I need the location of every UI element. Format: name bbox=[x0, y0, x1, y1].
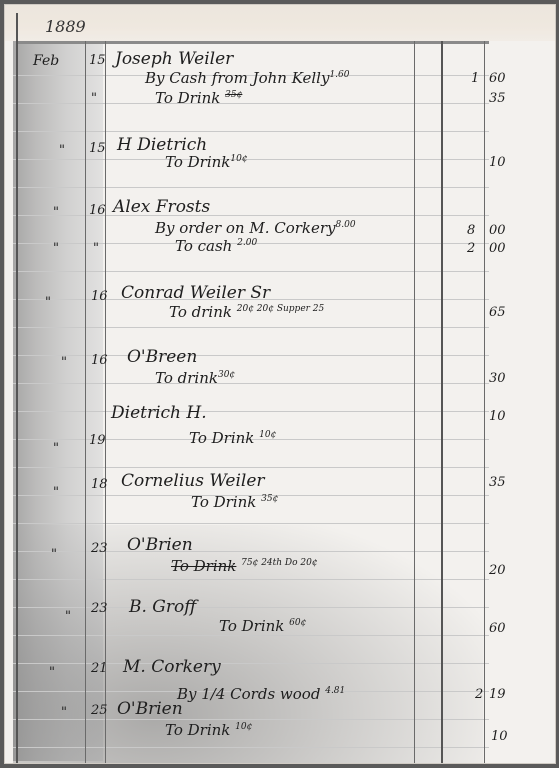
left-margin-line bbox=[16, 13, 18, 763]
month-label: Feb bbox=[33, 53, 59, 69]
dollars-column-line bbox=[441, 41, 443, 763]
entry-name: Conrad Weiler Sr bbox=[121, 283, 270, 303]
entry-name: Alex Frosts bbox=[113, 197, 210, 217]
entry-name: M. Corkery bbox=[123, 657, 221, 677]
amount-cents: 60 bbox=[489, 621, 506, 636]
entry-date: 16 bbox=[91, 289, 108, 304]
ditto-mark: " bbox=[45, 295, 51, 310]
ditto-mark: " bbox=[61, 705, 67, 720]
entry-line-text: To cash 2.00 bbox=[175, 237, 257, 255]
entry-line-text: To drink 20¢ 20¢ Supper 25 bbox=[169, 303, 324, 321]
ditto-mark: " bbox=[49, 665, 55, 680]
entry-line-text: By 1/4 Cords wood 4.81 bbox=[177, 685, 345, 703]
amount-cents: 19 bbox=[489, 687, 506, 702]
entry-name: B. Groff bbox=[129, 597, 196, 617]
ditto-mark: " bbox=[59, 143, 65, 158]
ditto-mark: " bbox=[53, 441, 59, 456]
ditto-mark: " bbox=[91, 91, 97, 106]
entry-line-text: To Drink 60¢ bbox=[219, 617, 306, 635]
entry-date: 15 bbox=[89, 141, 106, 156]
entry-date: 23 bbox=[91, 541, 108, 556]
header-rule bbox=[17, 41, 239, 44]
entry-name: O'Breen bbox=[127, 347, 197, 367]
entry-name: Cornelius Weiler bbox=[121, 471, 265, 491]
ditto-mark: " bbox=[51, 547, 57, 562]
ledger-year: 1889 bbox=[45, 17, 86, 36]
entry-date: 16 bbox=[91, 353, 108, 368]
amount-cents: 30 bbox=[489, 371, 506, 386]
entry-line-text: To drink30¢ bbox=[155, 369, 235, 387]
entry-date: 21 bbox=[91, 661, 108, 676]
ditto-mark: " bbox=[53, 485, 59, 500]
amount-cents: 10 bbox=[491, 729, 508, 744]
amount-cents: 60 bbox=[489, 71, 506, 86]
ditto-mark: " bbox=[53, 205, 59, 220]
entry-date: 23 bbox=[91, 601, 108, 616]
ditto-mark: " bbox=[53, 241, 59, 256]
cents-column-line bbox=[484, 41, 485, 763]
amount-dollars: 8 bbox=[467, 223, 475, 238]
entry-name: H Dietrich bbox=[117, 135, 207, 155]
entry-name: Dietrich H. bbox=[111, 403, 207, 423]
entry-line-text: To Drink 75¢ 24th Do 20¢ bbox=[171, 557, 318, 575]
paper-top-band bbox=[5, 5, 555, 41]
ditto-mark: " bbox=[93, 241, 99, 256]
amount-cents: 10 bbox=[489, 155, 506, 170]
amount-cents: 35 bbox=[489, 91, 506, 106]
amount-dollars: 1 bbox=[471, 71, 479, 86]
date-column-line bbox=[85, 41, 86, 763]
amount-cents: 10 bbox=[489, 409, 506, 424]
entry-line-text: By Cash from John Kelly1.60 bbox=[145, 69, 350, 87]
entry-line-text: To Drink 35¢ bbox=[191, 493, 278, 511]
entry-date: 15 bbox=[89, 53, 106, 68]
entry-line-text: To Drink 10¢ bbox=[189, 429, 276, 447]
amount-cents: 00 bbox=[489, 223, 506, 238]
amount-cents: 20 bbox=[489, 563, 506, 578]
entry-line-text: To Drink 35¢ bbox=[155, 89, 242, 107]
amount-cents: 35 bbox=[489, 475, 506, 490]
entry-date: 25 bbox=[91, 703, 108, 718]
amount-cents: 65 bbox=[489, 305, 506, 320]
entry-line-text: To Drink 10¢ bbox=[165, 721, 252, 739]
entry-name: Joseph Weiler bbox=[115, 49, 233, 69]
amount-dollars: 2 bbox=[467, 241, 475, 256]
amount-dollars: 2 bbox=[475, 687, 483, 702]
ditto-mark: " bbox=[61, 355, 67, 370]
entry-date: 18 bbox=[91, 477, 108, 492]
header-rule bbox=[239, 41, 489, 44]
ditto-mark: " bbox=[65, 609, 71, 624]
ledger-page: 1889 Feb 15 Joseph Weiler By Cash from J… bbox=[4, 4, 556, 764]
amount-cents: 00 bbox=[489, 241, 506, 256]
entry-name: O'Brien bbox=[127, 535, 193, 555]
entry-date: 16 bbox=[89, 203, 106, 218]
entry-date: 19 bbox=[89, 433, 106, 448]
entry-line-text: To Drink10¢ bbox=[165, 153, 248, 171]
entry-name: O'Brien bbox=[117, 699, 183, 719]
folio-column-line bbox=[414, 41, 415, 763]
entry-line-text: By order on M. Corkery8.00 bbox=[155, 219, 356, 237]
